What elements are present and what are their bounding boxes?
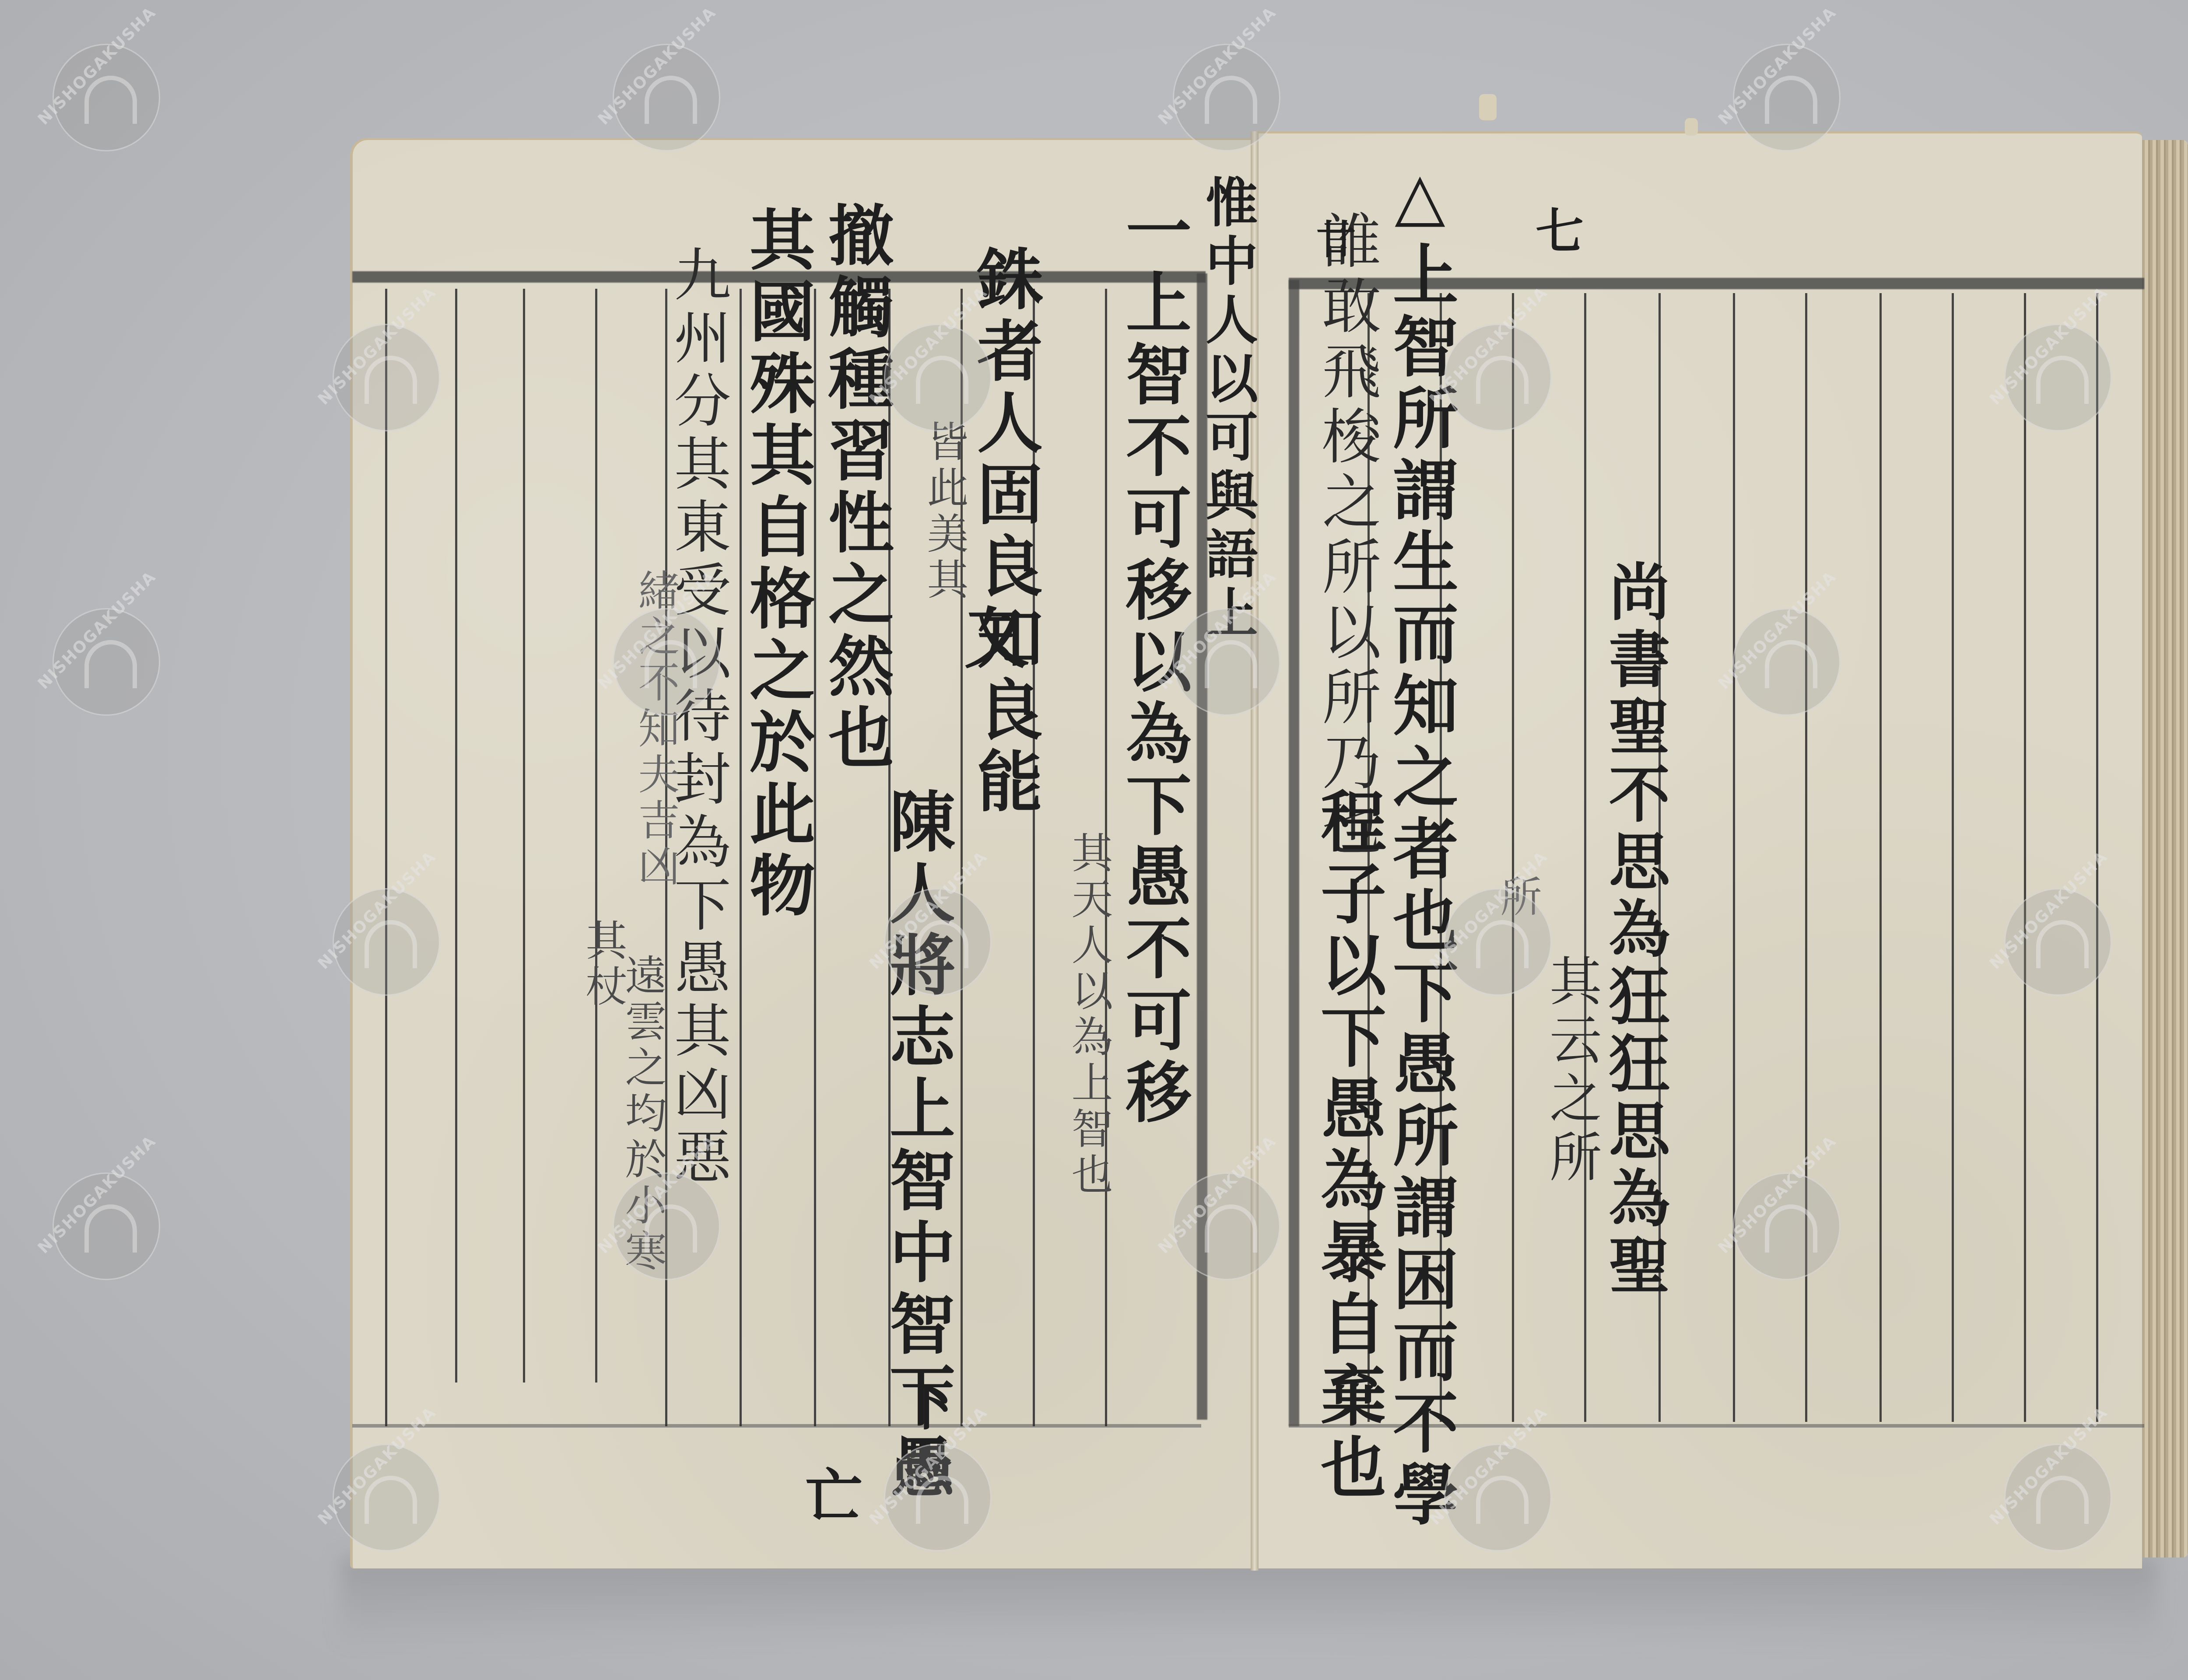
annotation-column: 皆此美其 (923, 420, 965, 604)
text-column: 誰敢飛梭之所以所乃也 (1317, 210, 1376, 862)
annotation-column: 其杖 (582, 919, 624, 1011)
text-column: 尚書聖不思為狂狂思為聖 (1604, 560, 1665, 1301)
ruling-line (595, 289, 597, 1382)
text-column: 銖者人固良知良能 (971, 245, 1037, 819)
text-column: 其國殊其自格之於此物 (744, 206, 810, 923)
ruling-line (1584, 293, 1586, 1422)
left-header-column: 惟中人以可與語上 (1201, 175, 1254, 644)
book-shadow (341, 1557, 2157, 1645)
top-note: 七 (1532, 206, 1580, 260)
annotation-column: 其天人以為上智也 (1068, 831, 1109, 1199)
ruling-line (385, 289, 387, 1426)
text-column: 程子以下愚為暴自棄也 (1315, 787, 1381, 1505)
ruling-line (2024, 293, 2026, 1422)
left-frame-bottom (352, 1424, 1201, 1428)
right-frame-inner-side (1289, 280, 1299, 1426)
bottom-note: 亡 (801, 1466, 858, 1529)
ruling-line (1952, 293, 1954, 1422)
ruling-line (1512, 293, 1514, 1422)
text-column: △上智所謂生而知之者也下愚所謂困而不學 (1387, 157, 1453, 1532)
ruling-line (455, 289, 457, 1382)
ruling-line (1879, 293, 1882, 1422)
ruling-line (1733, 293, 1735, 1422)
page-stack-edge (2142, 140, 2188, 1557)
text-column: 又 (958, 604, 1024, 675)
text-column: 撤觸種習性之然也 (823, 201, 888, 775)
binding-thread (1479, 94, 1497, 120)
text-column: 其云之所 (1545, 954, 1597, 1188)
ruling-line (523, 289, 525, 1382)
top-note: 廿 (1313, 219, 1352, 264)
binding-thread (1685, 118, 1698, 136)
